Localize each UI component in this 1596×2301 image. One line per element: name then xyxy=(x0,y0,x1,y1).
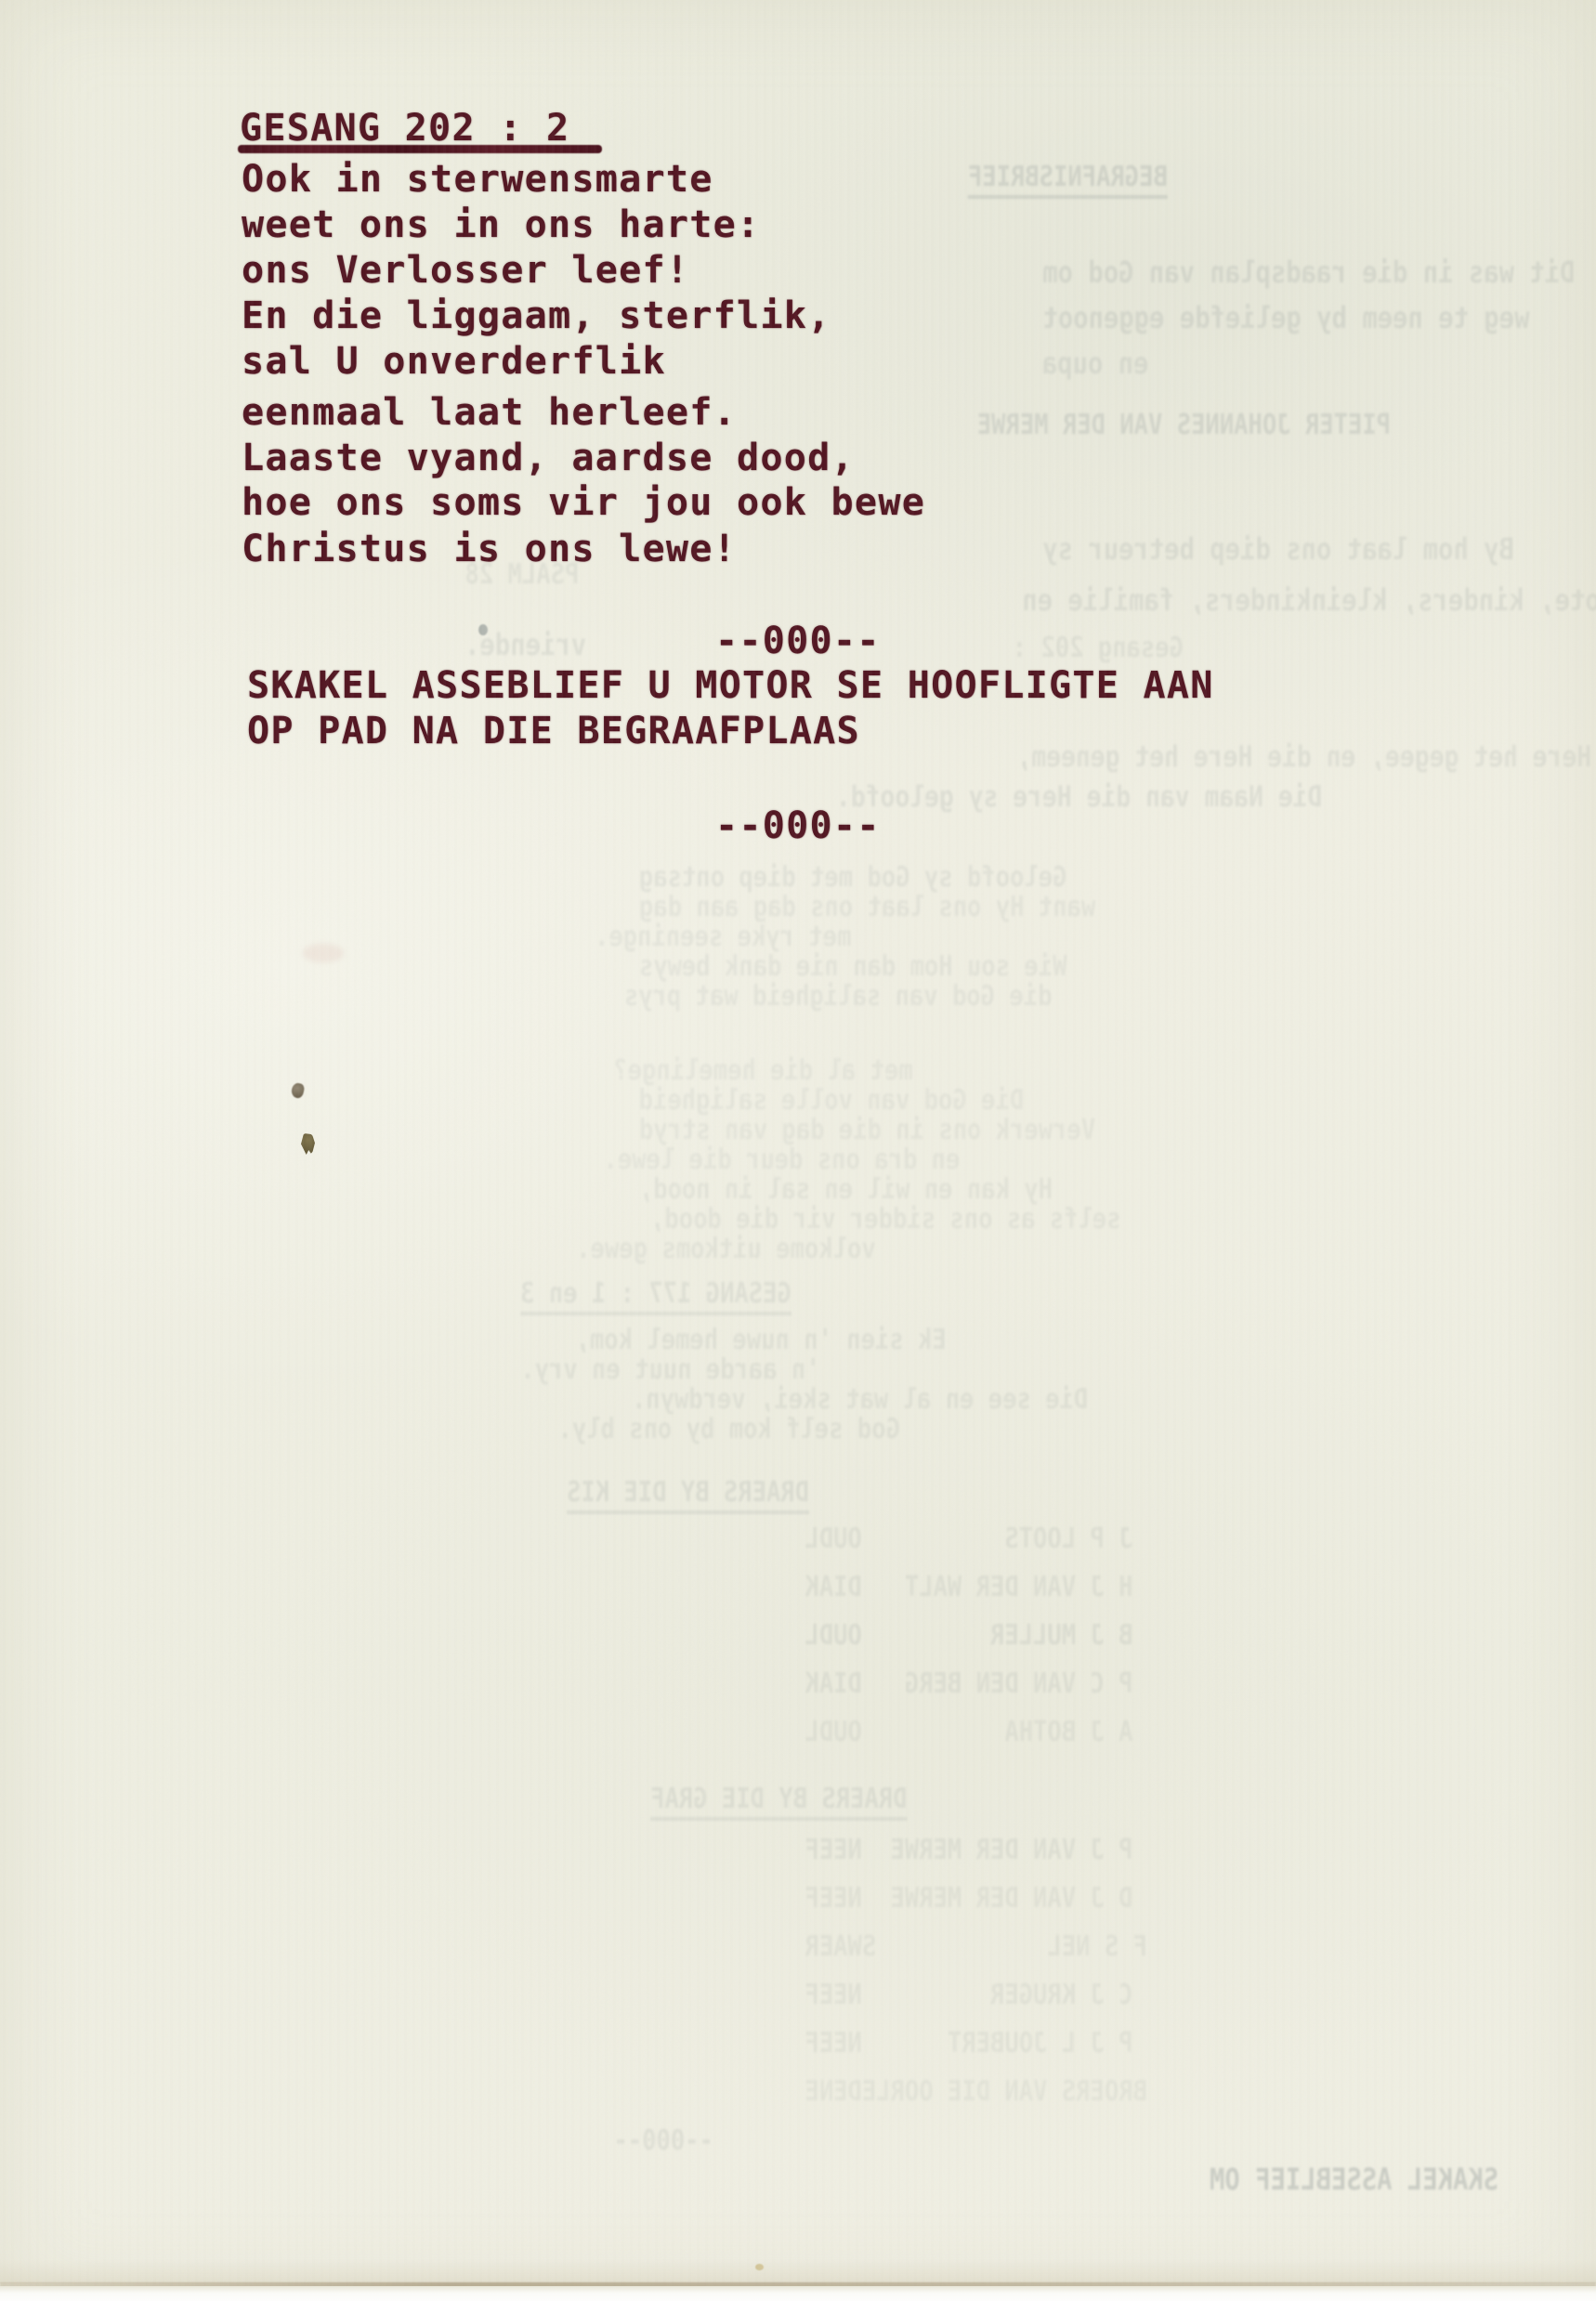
hymn-heading: GESANG 202 : 2 xyxy=(240,110,569,147)
bleedthrough-line: God self kom by ons bly. xyxy=(557,1416,899,1444)
bleedthrough-line: H J VAN DER WALT DIAK xyxy=(805,1574,1132,1602)
bleedthrough-line: vriende. xyxy=(464,630,586,660)
bleedthrough-line: BROERS VAN DIE OORLEDENE xyxy=(805,2078,1146,2106)
bleedthrough-line: Hy kan en wil en sal in nood, xyxy=(639,1176,1053,1204)
paper-blemish xyxy=(478,624,488,635)
hymn-line: Laaste vyand, aardse dood, xyxy=(242,439,855,477)
bleedthrough-line: --000-- xyxy=(613,2127,713,2155)
stain-speck xyxy=(290,1082,305,1099)
bleedthrough-line: P J VAN DER MERWE NEEF xyxy=(805,1837,1132,1864)
scanned-funeral-service-page: BEGRAFNISBRIEFDit was in die raadsplan v… xyxy=(0,0,1596,2301)
notice-line: OP PAD NA DIE BEGRAAFPLAAS xyxy=(247,713,860,750)
bleedthrough-line: P J L JOUBERT NEEF xyxy=(805,2030,1132,2058)
bleedthrough-line: Gesang 202 : xyxy=(1013,634,1184,662)
page-bottom-edge xyxy=(0,2282,1596,2287)
heading-underline xyxy=(238,145,602,153)
bleedthrough-line: PIETER JOHANNES VAN DER MERWE xyxy=(977,412,1391,439)
bleedthrough-line: en oupa xyxy=(1042,348,1149,378)
page-bottom-shading xyxy=(0,2259,1596,2283)
bleedthrough-line: B J MULLER OUDL xyxy=(805,1622,1132,1650)
bleedthrough-line: 'n aarde nuut en vry. xyxy=(520,1356,819,1384)
bleedthrough-line: C J KRUGER NEEF xyxy=(805,1981,1132,2009)
hymn-line: Christus is ons lewe! xyxy=(242,530,737,568)
bleedthrough-line: D J VAN DER MERWE NEEF xyxy=(805,1885,1132,1913)
bleedthrough-line: selfs as ons sidder vir die dood, xyxy=(650,1206,1121,1234)
scan-vignette xyxy=(0,0,1596,2301)
bleedthrough-line: P C VAN DEN BERG DIAK xyxy=(805,1670,1132,1698)
paper-blemish xyxy=(755,2264,764,2270)
bleedthrough-line: want Hy ons laat ons dag aan dag xyxy=(639,894,1095,922)
bleedthrough-line: F S NEL SWAER xyxy=(805,1933,1146,1961)
bleedthrough-line: weg te neem by geliefde eggenoot xyxy=(1042,303,1529,333)
bleedthrough-line: Dit was in die raadsplan van God om xyxy=(1042,257,1575,287)
bleedthrough-line: SKAKEL ASSEBLIEF OM xyxy=(1210,2164,1498,2194)
hymn-line: eenmaal laat herleef. xyxy=(242,394,737,431)
bleedthrough-line: Wie sou Hom dan nie dank bewys xyxy=(639,953,1067,981)
bleedthrough-line: Die God van volle saligheid xyxy=(639,1087,1025,1115)
hymn-line: sal U onverderflik xyxy=(242,343,666,380)
notice-line: SKAKEL ASSEBLIEF U MOTOR SE HOOFLIGTE AA… xyxy=(247,667,1214,704)
bleedthrough-line: Die Here het gegee, en die Here het gene… xyxy=(1017,743,1596,772)
bleedthrough-line: GESANG 177 : 1 en 3 xyxy=(520,1280,791,1315)
bleedthrough-line: A J BOTHA OUDL xyxy=(805,1719,1132,1746)
bleedthrough-line: DRAERS BY DIE KIS xyxy=(567,1479,809,1514)
bleedthrough-line: J P LOOTS OUDL xyxy=(805,1525,1132,1553)
bleedthrough-line: volkome uitkoms gewe. xyxy=(576,1235,875,1263)
bleedthrough-line: met al die hemelinge? xyxy=(613,1057,912,1085)
bleedthrough-line: Verwerk ons in die dag van stryd xyxy=(639,1117,1095,1144)
paper-blemish xyxy=(303,944,344,962)
bleedthrough-line: Die see en al wat skei, verdwyn. xyxy=(632,1386,1088,1414)
bleedthrough-line: Geloofd sy God met diep ontsag xyxy=(639,864,1067,892)
hymn-line: En die liggaam, sterflik, xyxy=(242,297,831,334)
bleedthrough-line: eggenote, kinders, kleinkinders, familie… xyxy=(1022,585,1596,615)
scanner-background-strip xyxy=(0,2286,1596,2301)
bleedthrough-line: By hom laat ons diep betreur sy xyxy=(1042,534,1514,564)
bleedthrough-line: met ryke seeninge. xyxy=(595,923,851,951)
stain-speck xyxy=(301,1133,315,1155)
hymn-line: ons Verlosser leef! xyxy=(242,252,689,289)
paper-fiber-streaks xyxy=(0,0,1596,2301)
bleedthrough-line: Die Naam van die Here sy geloofd. xyxy=(836,783,1323,812)
paper-grain-texture xyxy=(0,0,1596,2301)
section-separator: --000-- xyxy=(715,622,881,660)
hymn-line: Ook in sterwensmarte xyxy=(242,161,713,198)
bleedthrough-line: BEGRAFNISBRIEF xyxy=(968,163,1168,199)
bleedthrough-line: die God van saligheid wat prys xyxy=(624,983,1053,1011)
bleedthrough-layer: BEGRAFNISBRIEFDit was in die raadsplan v… xyxy=(0,0,1596,2301)
bleedthrough-line: Ek sien 'n nuwe hemel kom, xyxy=(576,1327,947,1354)
hymn-line: weet ons in ons harte: xyxy=(242,206,760,243)
bleedthrough-line: DRAERS BY DIE GRAF xyxy=(650,1785,907,1821)
hymn-line: hoe ons soms vir jou ook bewe xyxy=(242,484,925,521)
bleedthrough-line: en dra ons deur die lewe. xyxy=(604,1146,961,1174)
section-separator: --000-- xyxy=(715,807,881,844)
